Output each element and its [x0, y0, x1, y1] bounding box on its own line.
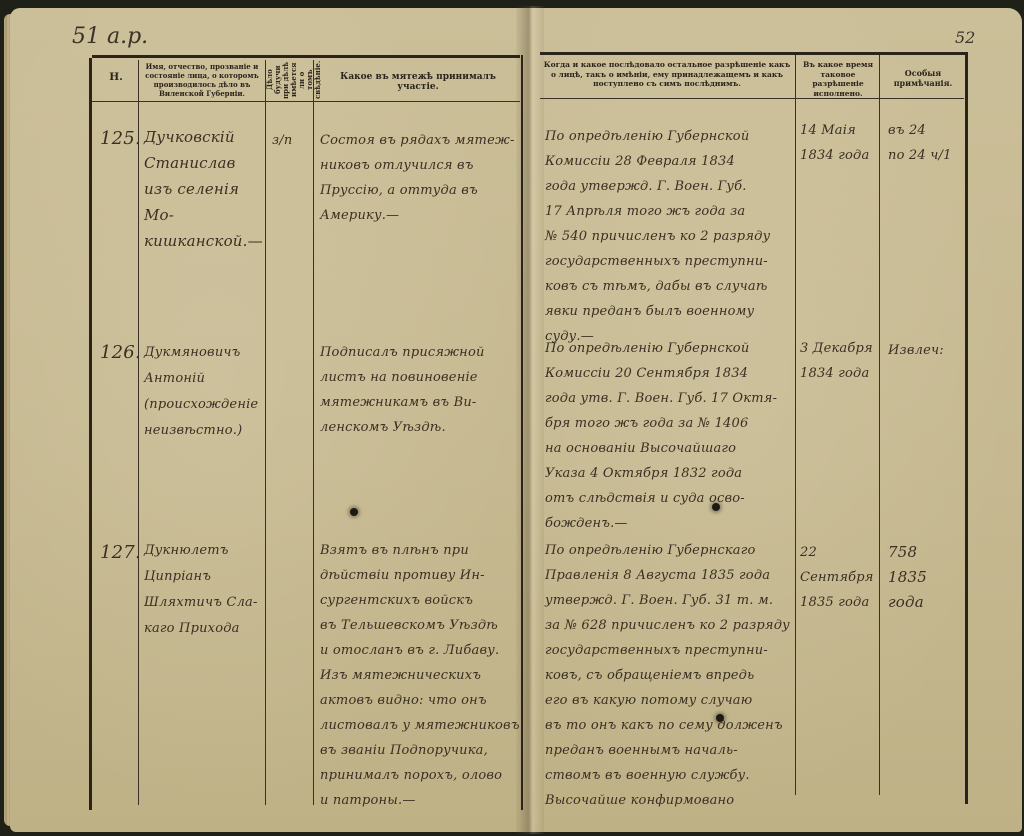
left-folio-mark: 51 а.р.	[72, 24, 148, 49]
header-notes: Особыя примѣчанія.	[882, 68, 964, 88]
right-header-rule	[540, 98, 964, 99]
entry-125-notes: въ 24 по 24 ч/1	[888, 118, 964, 168]
entry-125-resolution: По опредѣленію Губернской Комиссіи 28 Фе…	[545, 124, 795, 349]
entry-125-executed: 14 Маія 1834 года	[800, 118, 880, 168]
entry-126-notes: Извлеч:	[888, 338, 964, 363]
col-divider-4	[795, 55, 796, 795]
left-outer-rule	[89, 58, 92, 810]
entry-126-participation: Подписалъ присяжной листъ на повиновеніе…	[320, 340, 520, 440]
ledger-spread: 51 а.р. 52 Н. Имя, отчество, прозваніе и…	[0, 0, 1024, 836]
right-top-rule	[540, 52, 966, 55]
entry-127-name: Дукнюлетъ Ципріанъ Шляхтичъ Сла- каго Пр…	[144, 538, 266, 642]
entry-126-executed: 3 Декабря 1834 года	[800, 336, 880, 386]
entry-126-resolution: По опредѣленію Губернской Комиссіи 20 Се…	[545, 336, 795, 536]
header-narrow: Дѣло будучи при дѣлѣ имѣется ли о томъ с…	[266, 60, 312, 100]
entry-126-number: 126.	[100, 340, 141, 365]
header-executed: Въ какое время таковое разрѣшеніе исполн…	[798, 60, 878, 98]
right-outer-rule	[965, 52, 968, 804]
right-folio-mark: 52	[955, 28, 975, 47]
entry-127-executed: 22 Сентября 1835 года	[800, 540, 880, 615]
left-top-rule	[92, 55, 520, 58]
entry-125-name: Дучковскій Станислав изъ селенія Мо- киш…	[144, 124, 266, 254]
binding-hole	[716, 714, 724, 722]
entry-125-narrow: з/п	[272, 128, 292, 153]
entry-127-number: 127.	[100, 540, 141, 565]
left-header-rule	[92, 101, 520, 102]
entry-127-resolution: По опредѣленію Губернскаго Правленія 8 А…	[545, 538, 795, 813]
header-number: Н.	[96, 72, 136, 82]
header-resolution: Когда и какое послѣдовало остальное разр…	[542, 60, 792, 89]
col-divider-1	[138, 60, 139, 805]
binding-hole	[712, 503, 720, 511]
header-participation: Какое въ мятежѣ принималъ участіе.	[318, 72, 518, 92]
entry-125-participation: Состоя въ рядахъ мятеж- никовъ отлучился…	[320, 128, 520, 228]
binding-hole	[350, 508, 358, 516]
col-divider-3	[313, 60, 314, 805]
header-name: Имя, отчество, прозваніе и состояніе лиц…	[140, 62, 264, 98]
left-inner-rule	[521, 55, 523, 810]
entry-127-participation: Взятъ въ плѣнъ при дѣйствіи противу Ин- …	[320, 538, 520, 813]
entry-127-notes: 758 1835 года	[888, 540, 964, 615]
entry-125-number: 125.	[100, 126, 141, 151]
entry-126-name: Дукмяновичъ Антоній (происхожденіе неизв…	[144, 340, 266, 444]
